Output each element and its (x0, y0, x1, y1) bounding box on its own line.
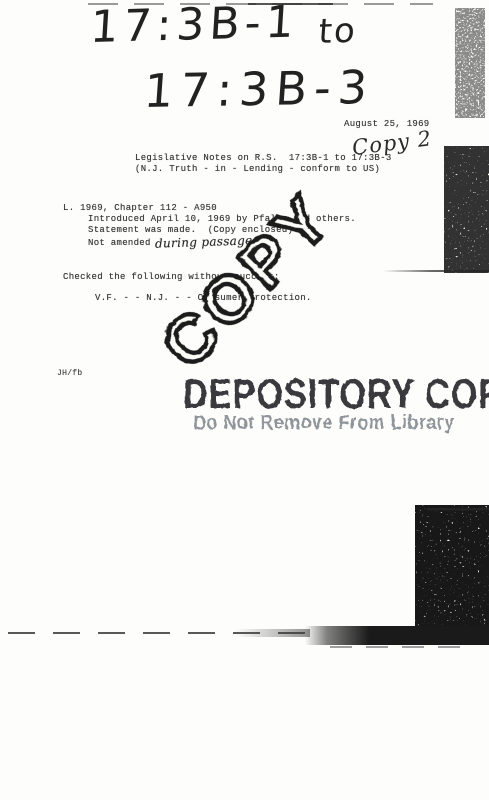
depository-copy-stamp: DEPOSITORY COPY (183, 373, 489, 415)
title-line1: Legislative Notes on R.S. 17:3B-1 to 17:… (135, 153, 392, 164)
scan-noise-right-upper (444, 146, 489, 273)
body-statement-line: Statement was made. (Copy enclosed) (88, 225, 293, 236)
handwritten-statute-line1-suffix: to (317, 11, 358, 52)
handwritten-statute-line1: 17:3B-1 (89, 0, 300, 53)
scan-noise-top-right (455, 8, 485, 118)
title-line2: (N.J. Truth - in - Lending - conform to … (135, 164, 380, 175)
scan-dash-line-bottom-secondary (330, 646, 470, 648)
body-introduced-line: Introduced April 10, 1969 by Pfaltz and … (88, 214, 356, 225)
library-stamp-line: Do Not Remove From Library (193, 412, 455, 434)
scan-line-right-lower (427, 508, 489, 511)
scan-noise-right-lower (415, 505, 489, 645)
handwritten-statute-line2: 17:3B-3 (142, 60, 376, 118)
typist-initials: JH/fb (57, 368, 83, 379)
handwritten-during-passage: during passage (155, 235, 253, 249)
body-chapter-line: L. 1969, Chapter 112 - A950 (63, 203, 217, 214)
scan-dash-line-bottom (8, 632, 310, 634)
scanned-document-page: 17:3B-1 to 17:3B-3 August 25, 1969 Copy … (0, 0, 489, 800)
body-not-amended-line: Not amendedduring passage (88, 236, 252, 249)
body-checked-line: Checked the following without success: (63, 272, 280, 283)
scan-band-bottom-right (305, 626, 489, 645)
not-amended-typed: Not amended (88, 238, 151, 248)
scan-line-right-upper (383, 270, 489, 272)
body-checked-item: V.F. - - N.J. - - Consumer Protection. (95, 293, 312, 304)
